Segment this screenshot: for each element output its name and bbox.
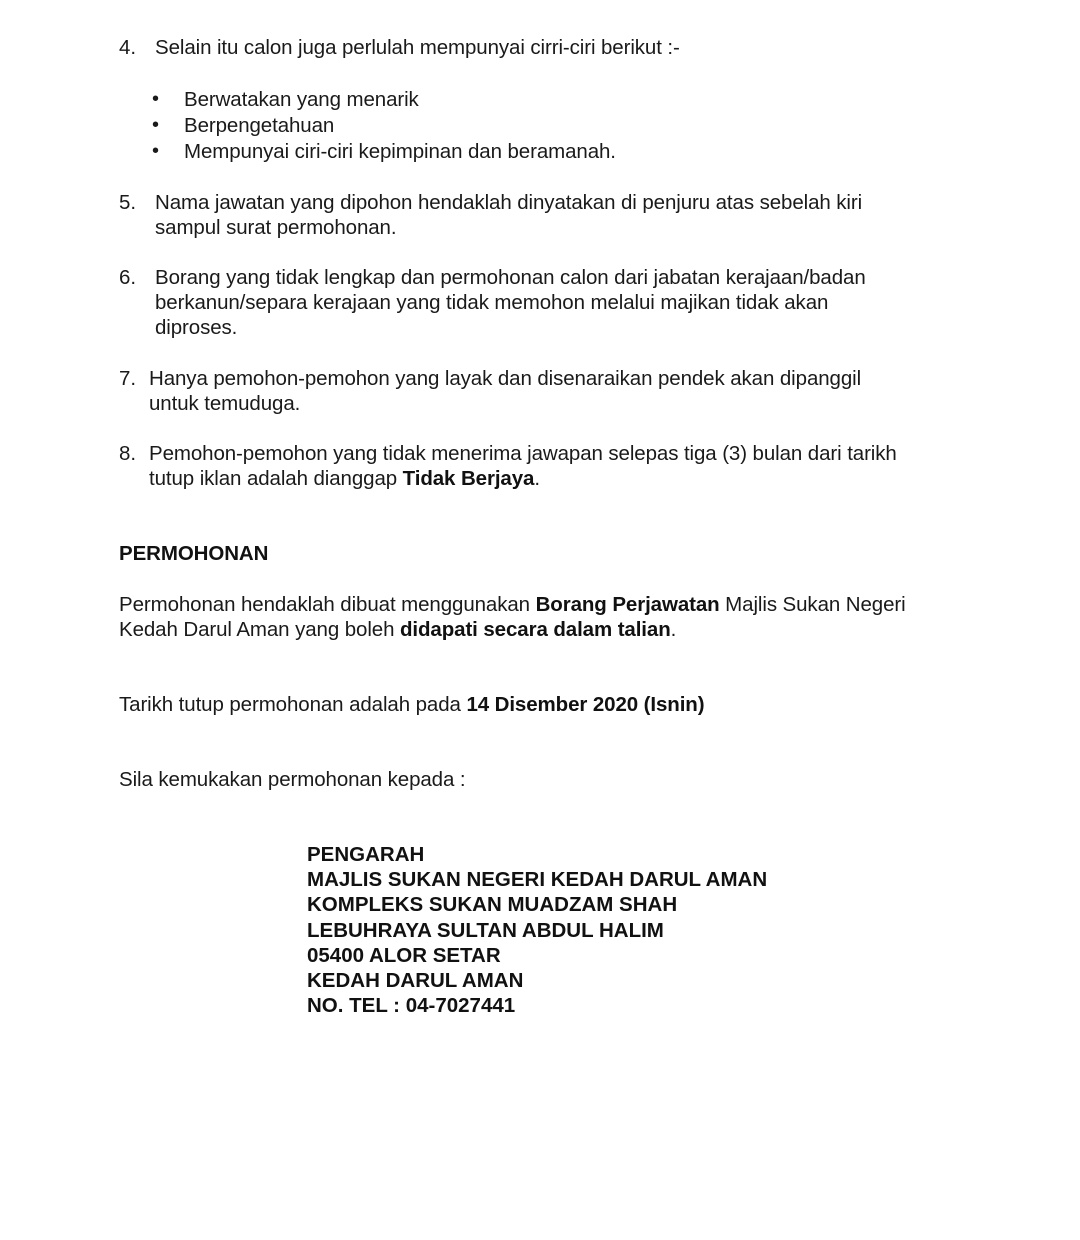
availability: didapati secara dalam talian [400, 618, 671, 641]
bullet-icon: • [152, 139, 159, 164]
document-page: 4. Selain itu calon juga perlulah mempun… [0, 0, 1080, 1240]
text: Kedah Darul Aman yang boleh [119, 618, 400, 641]
item-7-number: 7. [119, 366, 136, 391]
address-line: LEBUHRAYA SULTAN ABDUL HALIM [307, 918, 767, 943]
address-block: PENGARAH MAJLIS SUKAN NEGERI KEDAH DARUL… [307, 842, 767, 1018]
address-line: MAJLIS SUKAN NEGERI KEDAH DARUL AMAN [307, 867, 767, 892]
item-6-line-2: berkanun/separa kerajaan yang tidak memo… [155, 290, 828, 315]
address-line: PENGARAH [307, 842, 767, 867]
closing-date: 14 Disember 2020 (Isnin) [466, 693, 704, 716]
item-6-number: 6. [119, 265, 136, 290]
item-7-line-2: untuk temuduga. [149, 391, 300, 416]
phone-number: NO. TEL : 04-7027441 [307, 993, 767, 1018]
item-5-line-2: sampul surat permohonan. [155, 215, 396, 240]
address-line: 05400 ALOR SETAR [307, 943, 767, 968]
bullet-item: Mempunyai ciri-ciri kepimpinan dan beram… [184, 139, 616, 164]
bullet-item: Berpengetahuan [184, 113, 334, 138]
text: Majlis Sukan Negeri [720, 593, 906, 616]
bullet-icon: • [152, 87, 159, 112]
application-paragraph-line-2: Kedah Darul Aman yang boleh didapati sec… [119, 617, 676, 642]
item-6-line-1: Borang yang tidak lengkap dan permohonan… [155, 265, 866, 290]
item-7-line-1: Hanya pemohon-pemohon yang layak dan dis… [149, 366, 861, 391]
item-6-line-3: diproses. [155, 315, 237, 340]
section-heading: PERMOHONAN [119, 541, 268, 566]
item-5-number: 5. [119, 190, 136, 215]
period: . [671, 618, 677, 641]
period: . [534, 467, 540, 490]
form-name: Borang Perjawatan [536, 593, 720, 616]
result-status: Tidak Berjaya [403, 467, 535, 490]
item-4-number: 4. [119, 35, 136, 60]
bullet-icon: • [152, 113, 159, 138]
text: Tarikh tutup permohonan adalah pada [119, 693, 466, 716]
item-8-text: tutup iklan adalah dianggap [149, 467, 403, 490]
item-4-text: Selain itu calon juga perlulah mempunyai… [155, 35, 680, 60]
address-line: KEDAH DARUL AMAN [307, 968, 767, 993]
item-8-number: 8. [119, 441, 136, 466]
item-8-line-1: Pemohon-pemohon yang tidak menerima jawa… [149, 441, 897, 466]
send-to-text: Sila kemukakan permohonan kepada : [119, 767, 465, 792]
item-5-line-1: Nama jawatan yang dipohon hendaklah diny… [155, 190, 862, 215]
address-line: KOMPLEKS SUKAN MUADZAM SHAH [307, 892, 767, 917]
closing-date-line: Tarikh tutup permohonan adalah pada 14 D… [119, 692, 704, 717]
item-8-line-2: tutup iklan adalah dianggap Tidak Berjay… [149, 466, 540, 491]
application-paragraph-line-1: Permohonan hendaklah dibuat menggunakan … [119, 592, 906, 617]
text: Permohonan hendaklah dibuat menggunakan [119, 593, 536, 616]
bullet-item: Berwatakan yang menarik [184, 87, 419, 112]
